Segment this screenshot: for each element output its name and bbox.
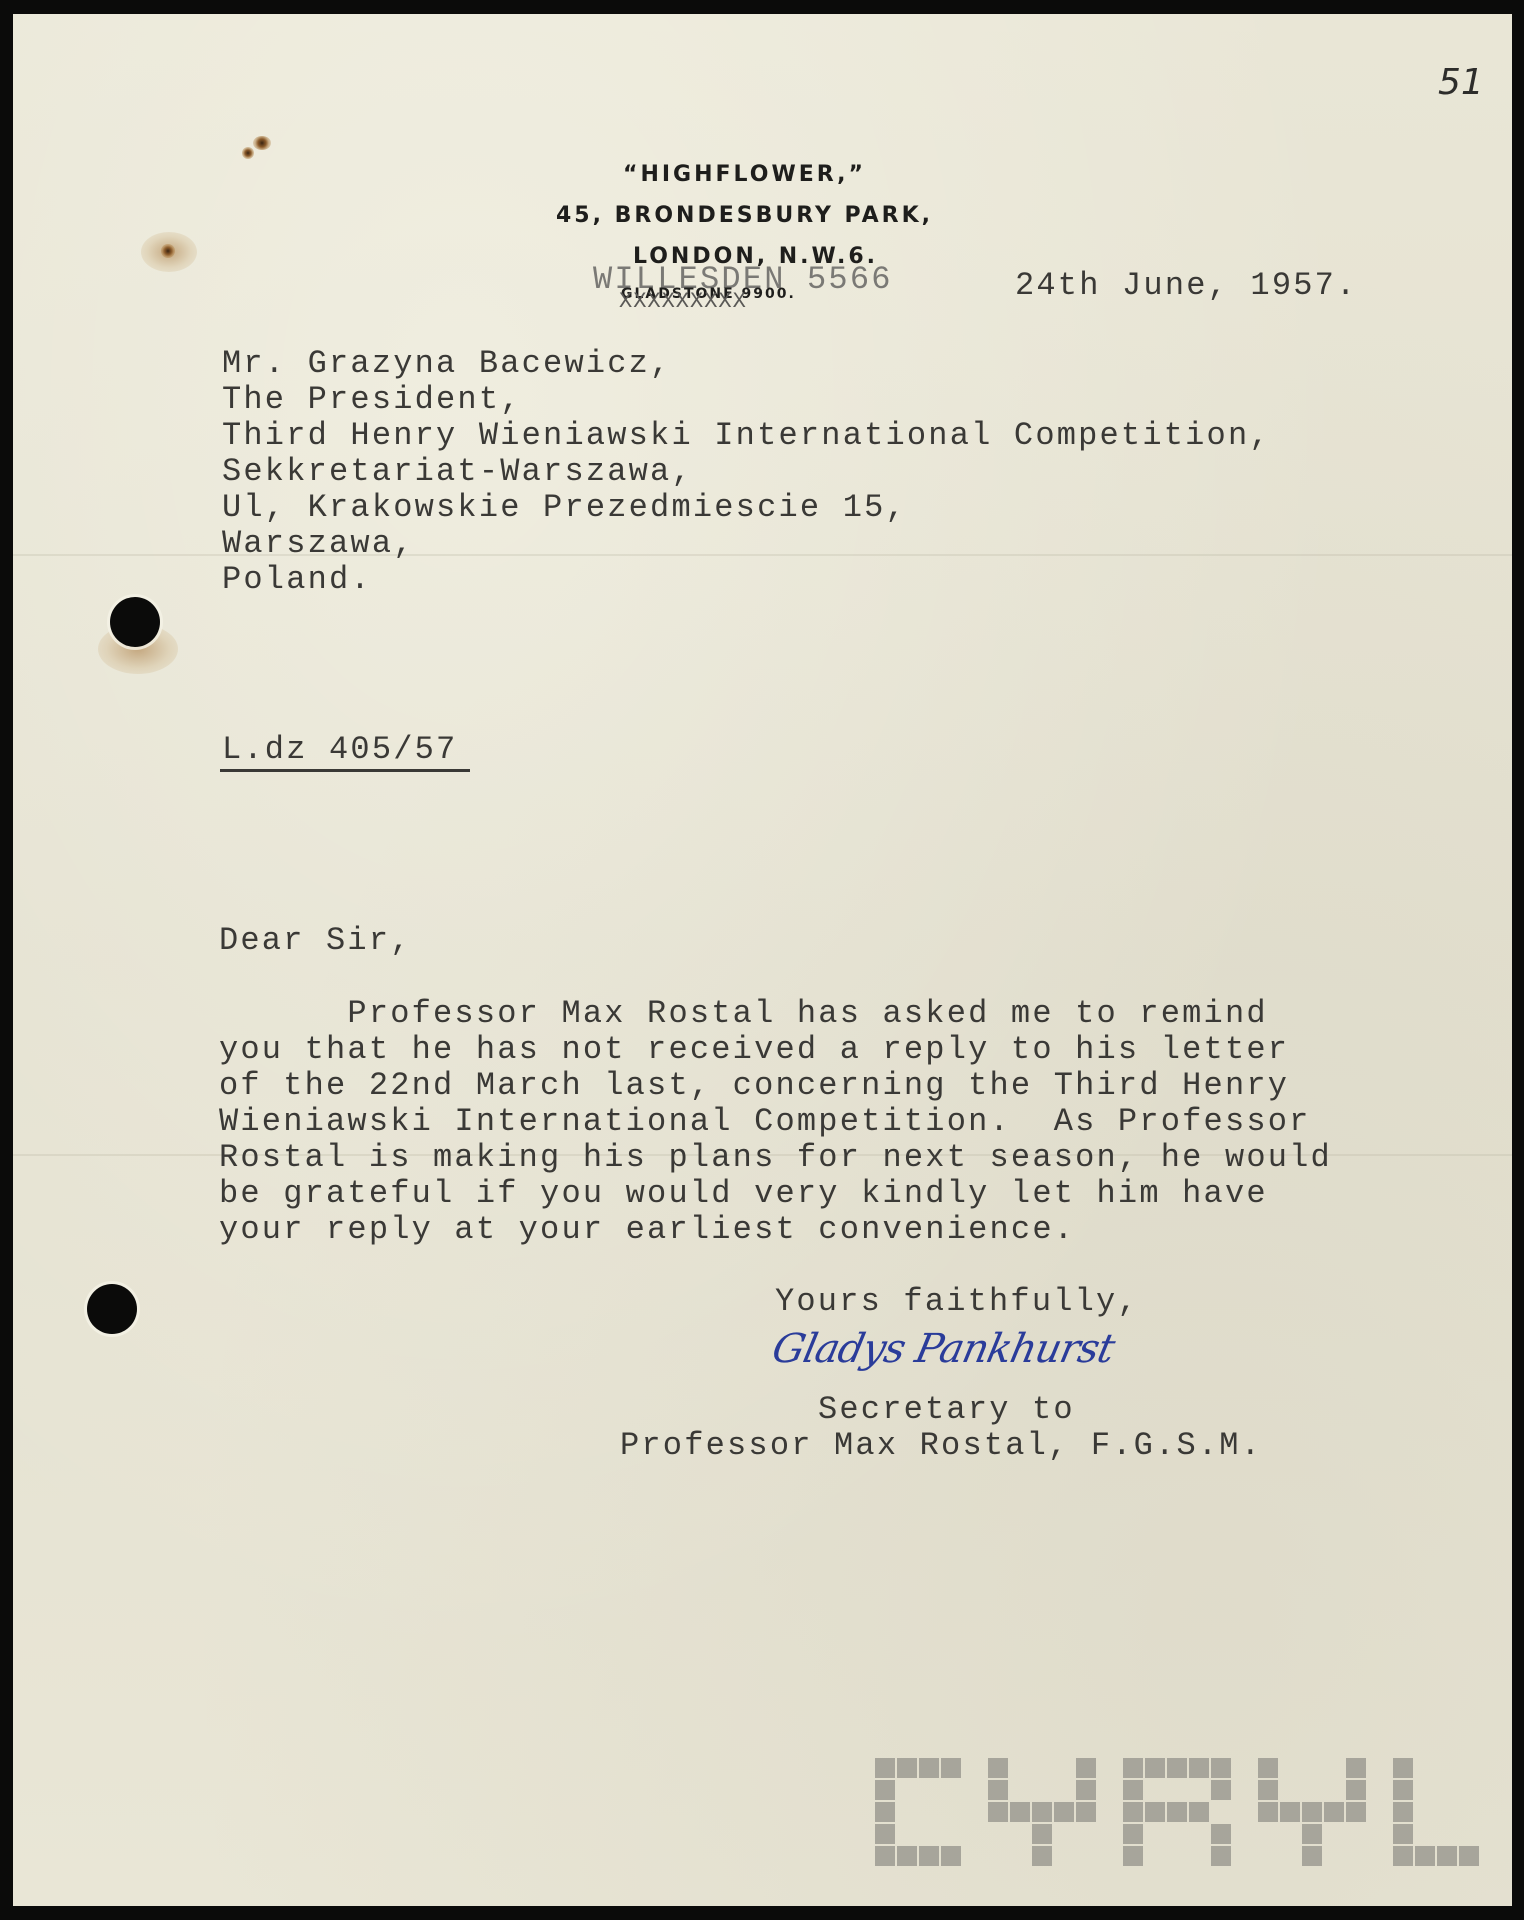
recipient-line: Ul, Krakowskie Prezedmiescie 15, — [222, 490, 907, 526]
watermark-cell — [1167, 1802, 1187, 1822]
recipient-line: Warszawa, — [222, 526, 415, 562]
watermark-cell — [941, 1758, 961, 1778]
punch-hole — [110, 597, 160, 647]
letter-page: 51 “HIGHFLOWER,” 45, BRONDESBURY PARK, L… — [13, 14, 1512, 1906]
watermark-cell — [1032, 1846, 1052, 1866]
watermark-cell — [1437, 1846, 1457, 1866]
reference-underline — [220, 769, 470, 772]
watermark-cell — [1302, 1846, 1322, 1866]
watermark-cell — [1459, 1846, 1479, 1866]
watermark-cell — [988, 1758, 1008, 1778]
page-number: 51 — [1438, 62, 1484, 103]
letterhead-street: 45, BRONDESBURY PARK, — [556, 203, 933, 228]
watermark-cell — [875, 1802, 895, 1822]
body-line: Wieniawski International Competition. As… — [219, 1104, 1311, 1140]
watermark-cell — [1054, 1802, 1074, 1822]
watermark-cell — [1189, 1802, 1209, 1822]
watermark-cell — [1123, 1802, 1143, 1822]
watermark-cell — [1076, 1802, 1096, 1822]
watermark-cell — [919, 1846, 939, 1866]
watermark-cell — [875, 1824, 895, 1844]
recipient-line: The President, — [222, 382, 522, 418]
salutation: Dear Sir, — [219, 923, 412, 959]
watermark-cell — [1032, 1824, 1052, 1844]
watermark-cell — [875, 1780, 895, 1800]
punch-hole — [87, 1284, 137, 1334]
watermark-cell — [1123, 1780, 1143, 1800]
letter-date: 24th June, 1957. — [1015, 268, 1357, 304]
watermark-cell — [1211, 1824, 1231, 1844]
body-line: you that he has not received a reply to … — [219, 1032, 1289, 1068]
watermark-cell — [919, 1758, 939, 1778]
watermark-cell — [1393, 1846, 1413, 1866]
watermark-cell — [1346, 1758, 1366, 1778]
watermark-cell — [1324, 1802, 1344, 1822]
watermark-cell — [1346, 1780, 1366, 1800]
watermark-cell — [1258, 1780, 1278, 1800]
watermark-cell — [1032, 1802, 1052, 1822]
watermark-cell — [1010, 1802, 1030, 1822]
rust-spot — [242, 147, 254, 159]
watermark-cell — [875, 1846, 895, 1866]
watermark-cell — [1189, 1758, 1209, 1778]
rust-spot — [253, 136, 271, 150]
watermark-cell — [1393, 1824, 1413, 1844]
body-line: Rostal is making his plans for next seas… — [219, 1140, 1332, 1176]
watermark-cell — [1167, 1758, 1187, 1778]
watermark-cell — [1302, 1802, 1322, 1822]
rust-spot — [161, 244, 175, 258]
watermark-cell — [1302, 1824, 1322, 1844]
watermark-cell — [897, 1758, 917, 1778]
body-line: Professor Max Rostal has asked me to rem… — [219, 996, 1268, 1032]
watermark-cell — [875, 1758, 895, 1778]
signer-title-line1: Secretary to — [818, 1392, 1075, 1428]
signer-title-line2: Professor Max Rostal, F.G.S.M. — [620, 1428, 1262, 1464]
watermark-cell — [1393, 1780, 1413, 1800]
reference-number: L.dz 405/57 — [222, 732, 457, 768]
watermark-cell — [1393, 1758, 1413, 1778]
recipient-line: Third Henry Wieniawski International Com… — [222, 418, 1271, 454]
watermark-cell — [1211, 1780, 1231, 1800]
watermark-cell — [1280, 1802, 1300, 1822]
recipient-line: Poland. — [222, 562, 372, 598]
watermark-cell — [1211, 1758, 1231, 1778]
body-line: of the 22nd March last, concerning the T… — [219, 1068, 1289, 1104]
recipient-line: Mr. Grazyna Bacewicz, — [222, 346, 671, 382]
watermark-cell — [1258, 1758, 1278, 1778]
body-line: your reply at your earliest convenience. — [219, 1212, 1075, 1248]
handwritten-signature: Gladys Pankhurst — [768, 1326, 1118, 1372]
watermark-cell — [1123, 1758, 1143, 1778]
watermark-cell — [1145, 1758, 1165, 1778]
letterhead-name: “HIGHFLOWER,” — [623, 162, 866, 187]
watermark-cell — [941, 1846, 961, 1866]
watermark-cell — [1346, 1802, 1366, 1822]
watermark-cell — [897, 1846, 917, 1866]
watermark-cell — [1076, 1780, 1096, 1800]
watermark-cell — [1415, 1846, 1435, 1866]
watermark-cell — [988, 1802, 1008, 1822]
watermark-cell — [1258, 1802, 1278, 1822]
recipient-line: Sekkretariat-Warszawa, — [222, 454, 693, 490]
body-line: be grateful if you would very kindly let… — [219, 1176, 1268, 1212]
watermark-cell — [988, 1780, 1008, 1800]
phone-overstrike: XXXXXXXXX — [619, 289, 747, 314]
watermark-cell — [1145, 1802, 1165, 1822]
watermark-cell — [1123, 1846, 1143, 1866]
closing: Yours faithfully, — [775, 1284, 1139, 1320]
watermark-cell — [1211, 1846, 1231, 1866]
watermark-cell — [1076, 1758, 1096, 1778]
watermark-cell — [1123, 1824, 1143, 1844]
watermark-cell — [1393, 1802, 1413, 1822]
